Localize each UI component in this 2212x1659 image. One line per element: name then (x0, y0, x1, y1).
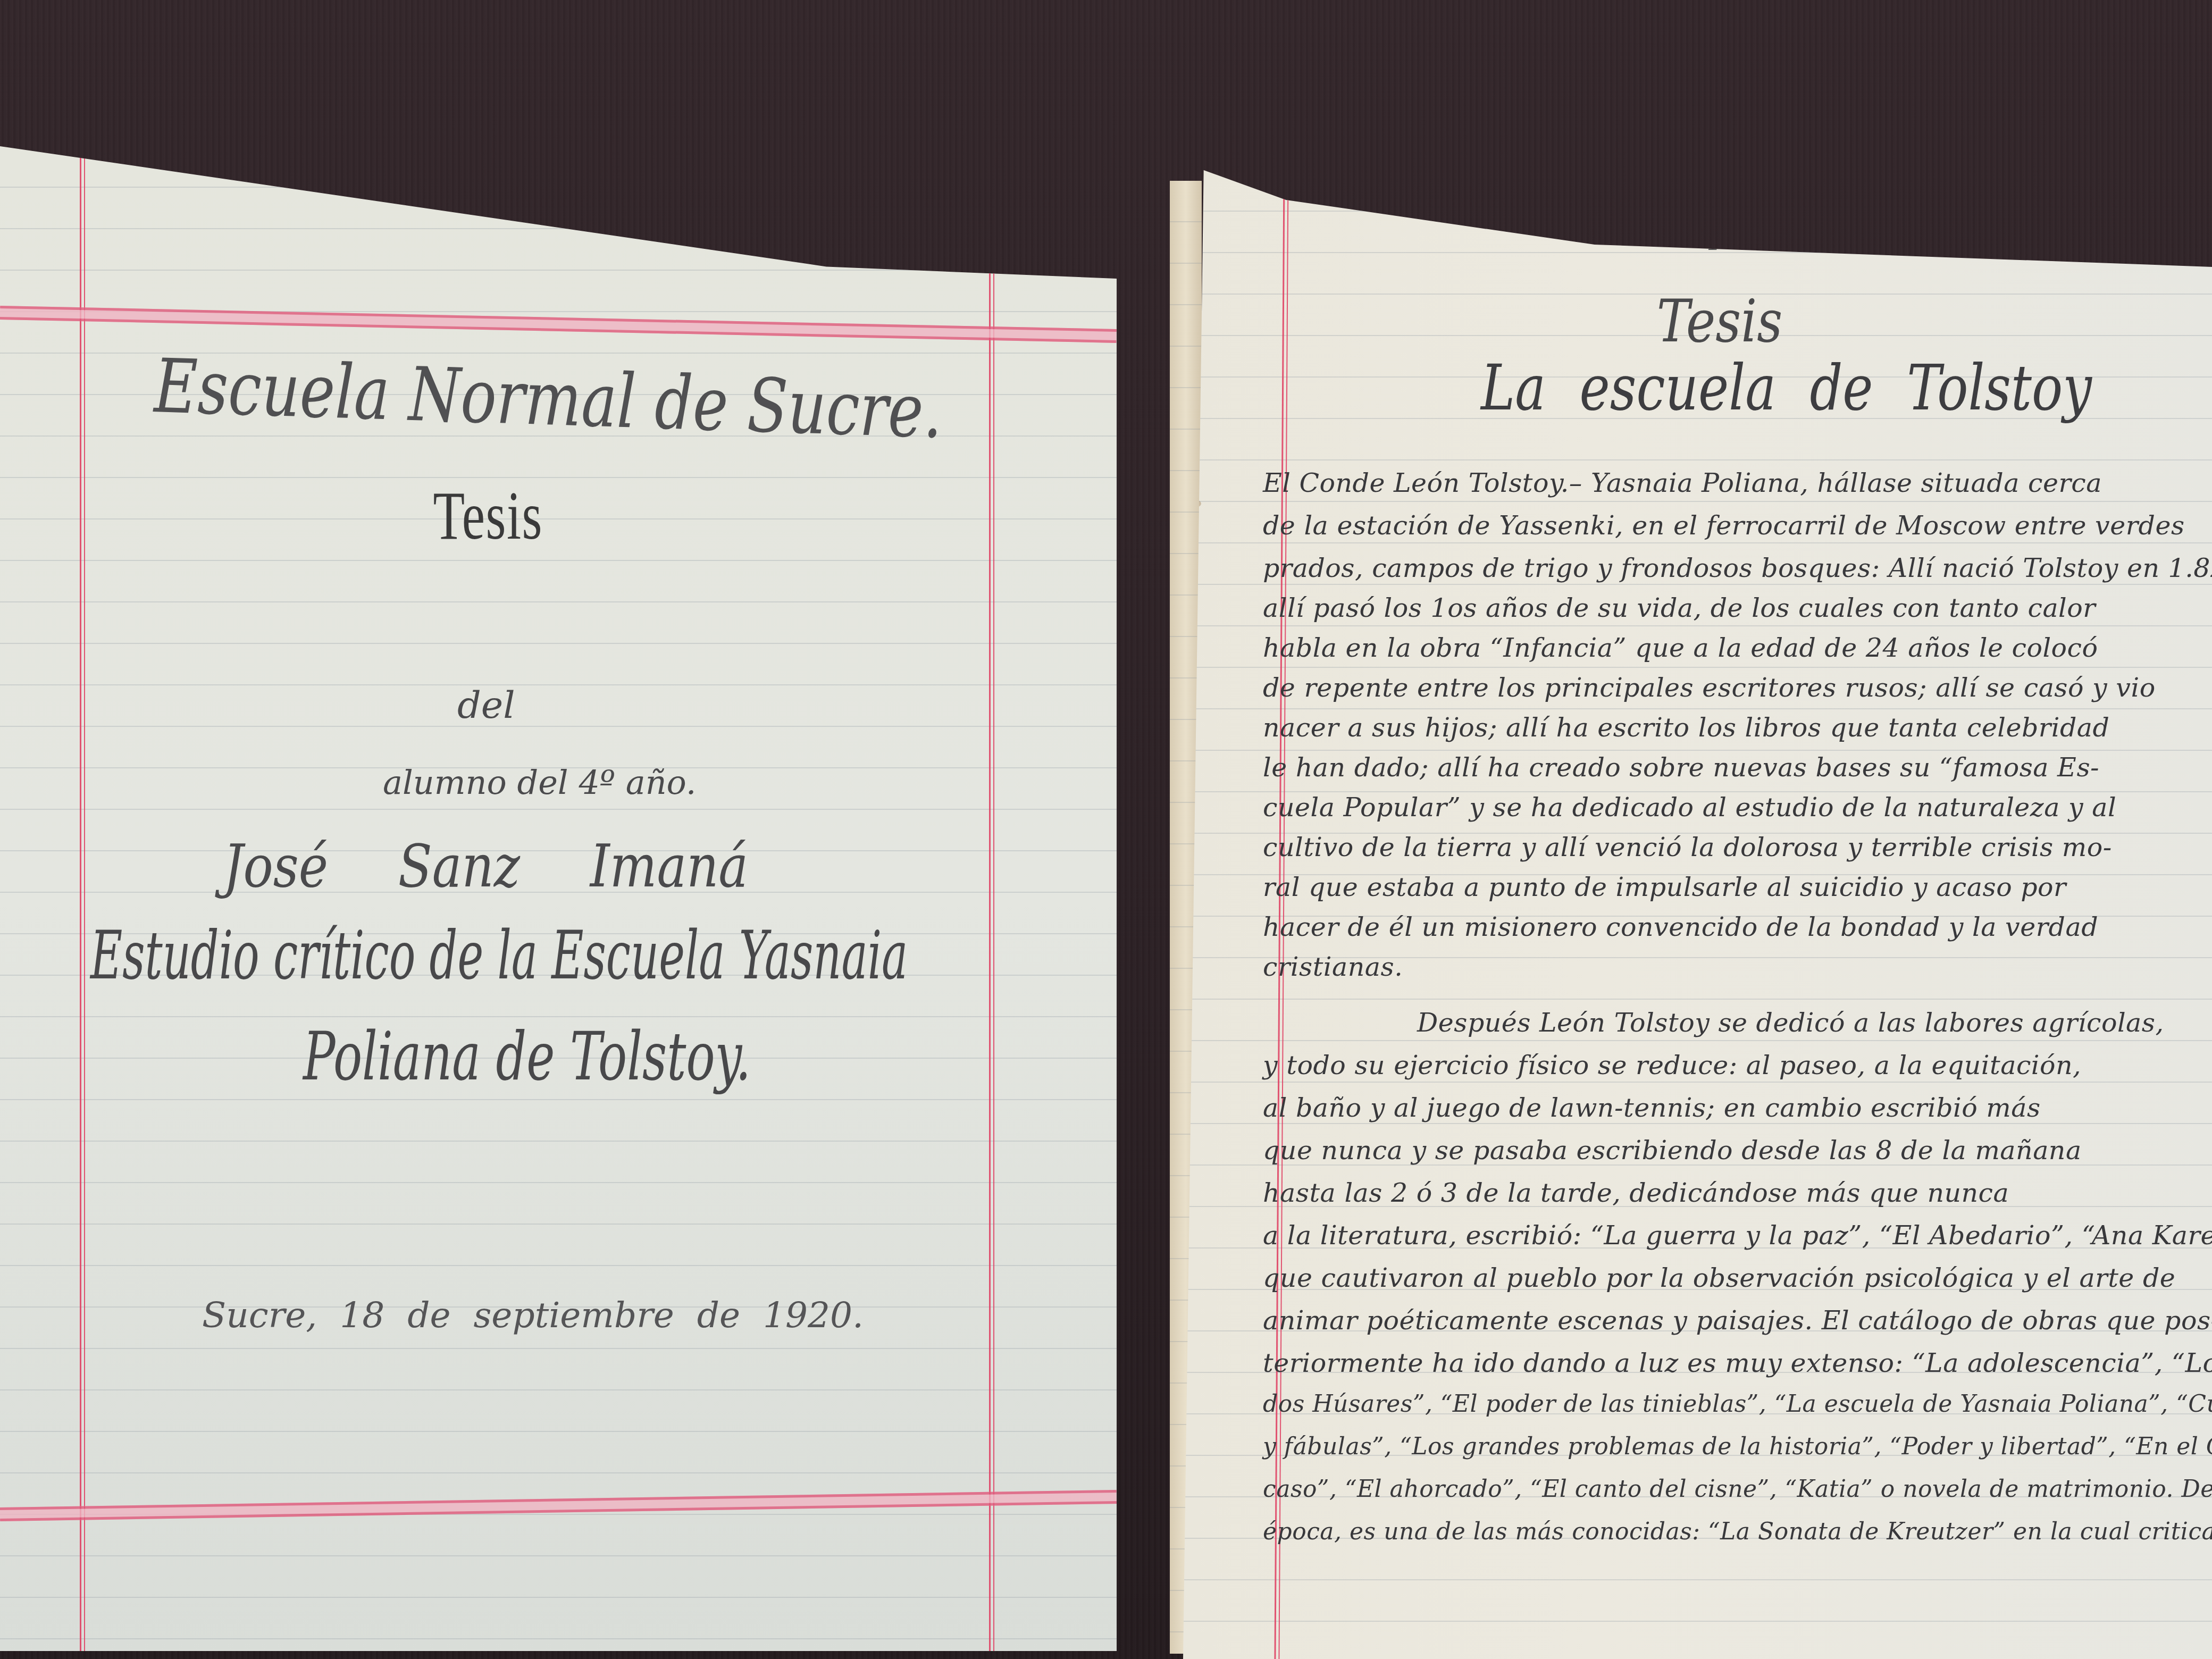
margin-line-left (80, 146, 81, 1651)
text-line: cuela Popular” y se ha dedicado al estud… (1263, 792, 2191, 823)
place-date: Sucre, 18 de septiembre de 1920. (202, 1295, 864, 1336)
text-line: prados, campos de trigo y frondosos bosq… (1263, 553, 2191, 583)
margin-line-left-inner (84, 146, 85, 1651)
subject-line-2: Poliana de Tolstoy. (303, 1018, 751, 1095)
page-heading: Tesis (1657, 287, 1782, 355)
text-line: dos Húsares”, “El poder de las tinieblas… (1263, 1390, 2191, 1418)
text-line: que cautivaron al pueblo por la observac… (1263, 1263, 2191, 1293)
cover-title: Tesis (433, 476, 543, 556)
footer-rule (0, 1490, 1117, 1521)
left-page-cover: Escuela Normal de Sucre. Tesis del alumn… (0, 146, 1117, 1651)
text-line: ral que estaba a punto de impulsarle al … (1263, 872, 2191, 902)
text-line: El Conde León Tolstoy.– Yasnaia Poliana,… (1263, 468, 2191, 498)
text-line: de repente entre los principales escrito… (1263, 673, 2191, 703)
margin-line-right (989, 146, 991, 1651)
text-line: al baño y al juego de lawn-tennis; en ca… (1263, 1093, 2191, 1123)
text-line: teriormente ha ido dando a luz es muy ex… (1263, 1348, 2191, 1378)
text-line: época, es una de las más conocidas: “La … (1263, 1518, 2191, 1545)
text-line: que nunca y se pasaba escribiendo desde … (1263, 1135, 2191, 1166)
margin-line-right-inner (993, 146, 994, 1651)
cover-student-label: alumno del 4º año. (383, 763, 697, 802)
text-line: de la estación de Yassenki, en el ferroc… (1263, 510, 2191, 541)
text-line: y fábulas”, “Los grandes problemas de la… (1263, 1433, 2191, 1460)
text-line: hasta las 2 ó 3 de la tarde, dedicándose… (1263, 1178, 2191, 1208)
author-name: José Sanz Imaná (223, 832, 748, 900)
text-line: cultivo de la tierra y allí venció la do… (1263, 832, 2191, 862)
text-line: Después León Tolstoy se dedicó a las lab… (1417, 1008, 2191, 1038)
page-number: -1- (1699, 229, 1730, 256)
header-rule (0, 306, 1117, 343)
text-line: caso”, “El ahorcado”, “El canto del cisn… (1263, 1476, 2191, 1503)
cover-del: del (457, 683, 515, 727)
text-line: habla en la obra “Infancia” que a la eda… (1263, 633, 2191, 663)
text-line: y todo su ejercicio físico se reduce: al… (1263, 1050, 2191, 1080)
text-line: allí pasó los 1os años de su vida, de lo… (1263, 593, 2191, 623)
text-line: le han dado; allí ha creado sobre nuevas… (1263, 752, 2191, 783)
text-line: nacer a sus hijos; allí ha escrito los l… (1263, 713, 2191, 743)
institution-name: Escuela Normal de Sucre. (153, 343, 943, 455)
text-line: hacer de él un misionero convencido de l… (1263, 912, 2191, 942)
page-subheading: La escuela de Tolstoy (1481, 351, 2092, 424)
right-page-text: -1- Tesis La escuela de Tolstoy El Conde… (1183, 170, 2212, 1659)
text-line: cristianas. (1263, 952, 2191, 982)
text-line: a la literatura, escribió: “La guerra y … (1263, 1220, 2191, 1251)
text-line: animar poéticamente escenas y paisajes. … (1263, 1305, 2191, 1336)
subject-line-1: Estudio crítico de la Escuela Yasnaia (90, 917, 908, 994)
